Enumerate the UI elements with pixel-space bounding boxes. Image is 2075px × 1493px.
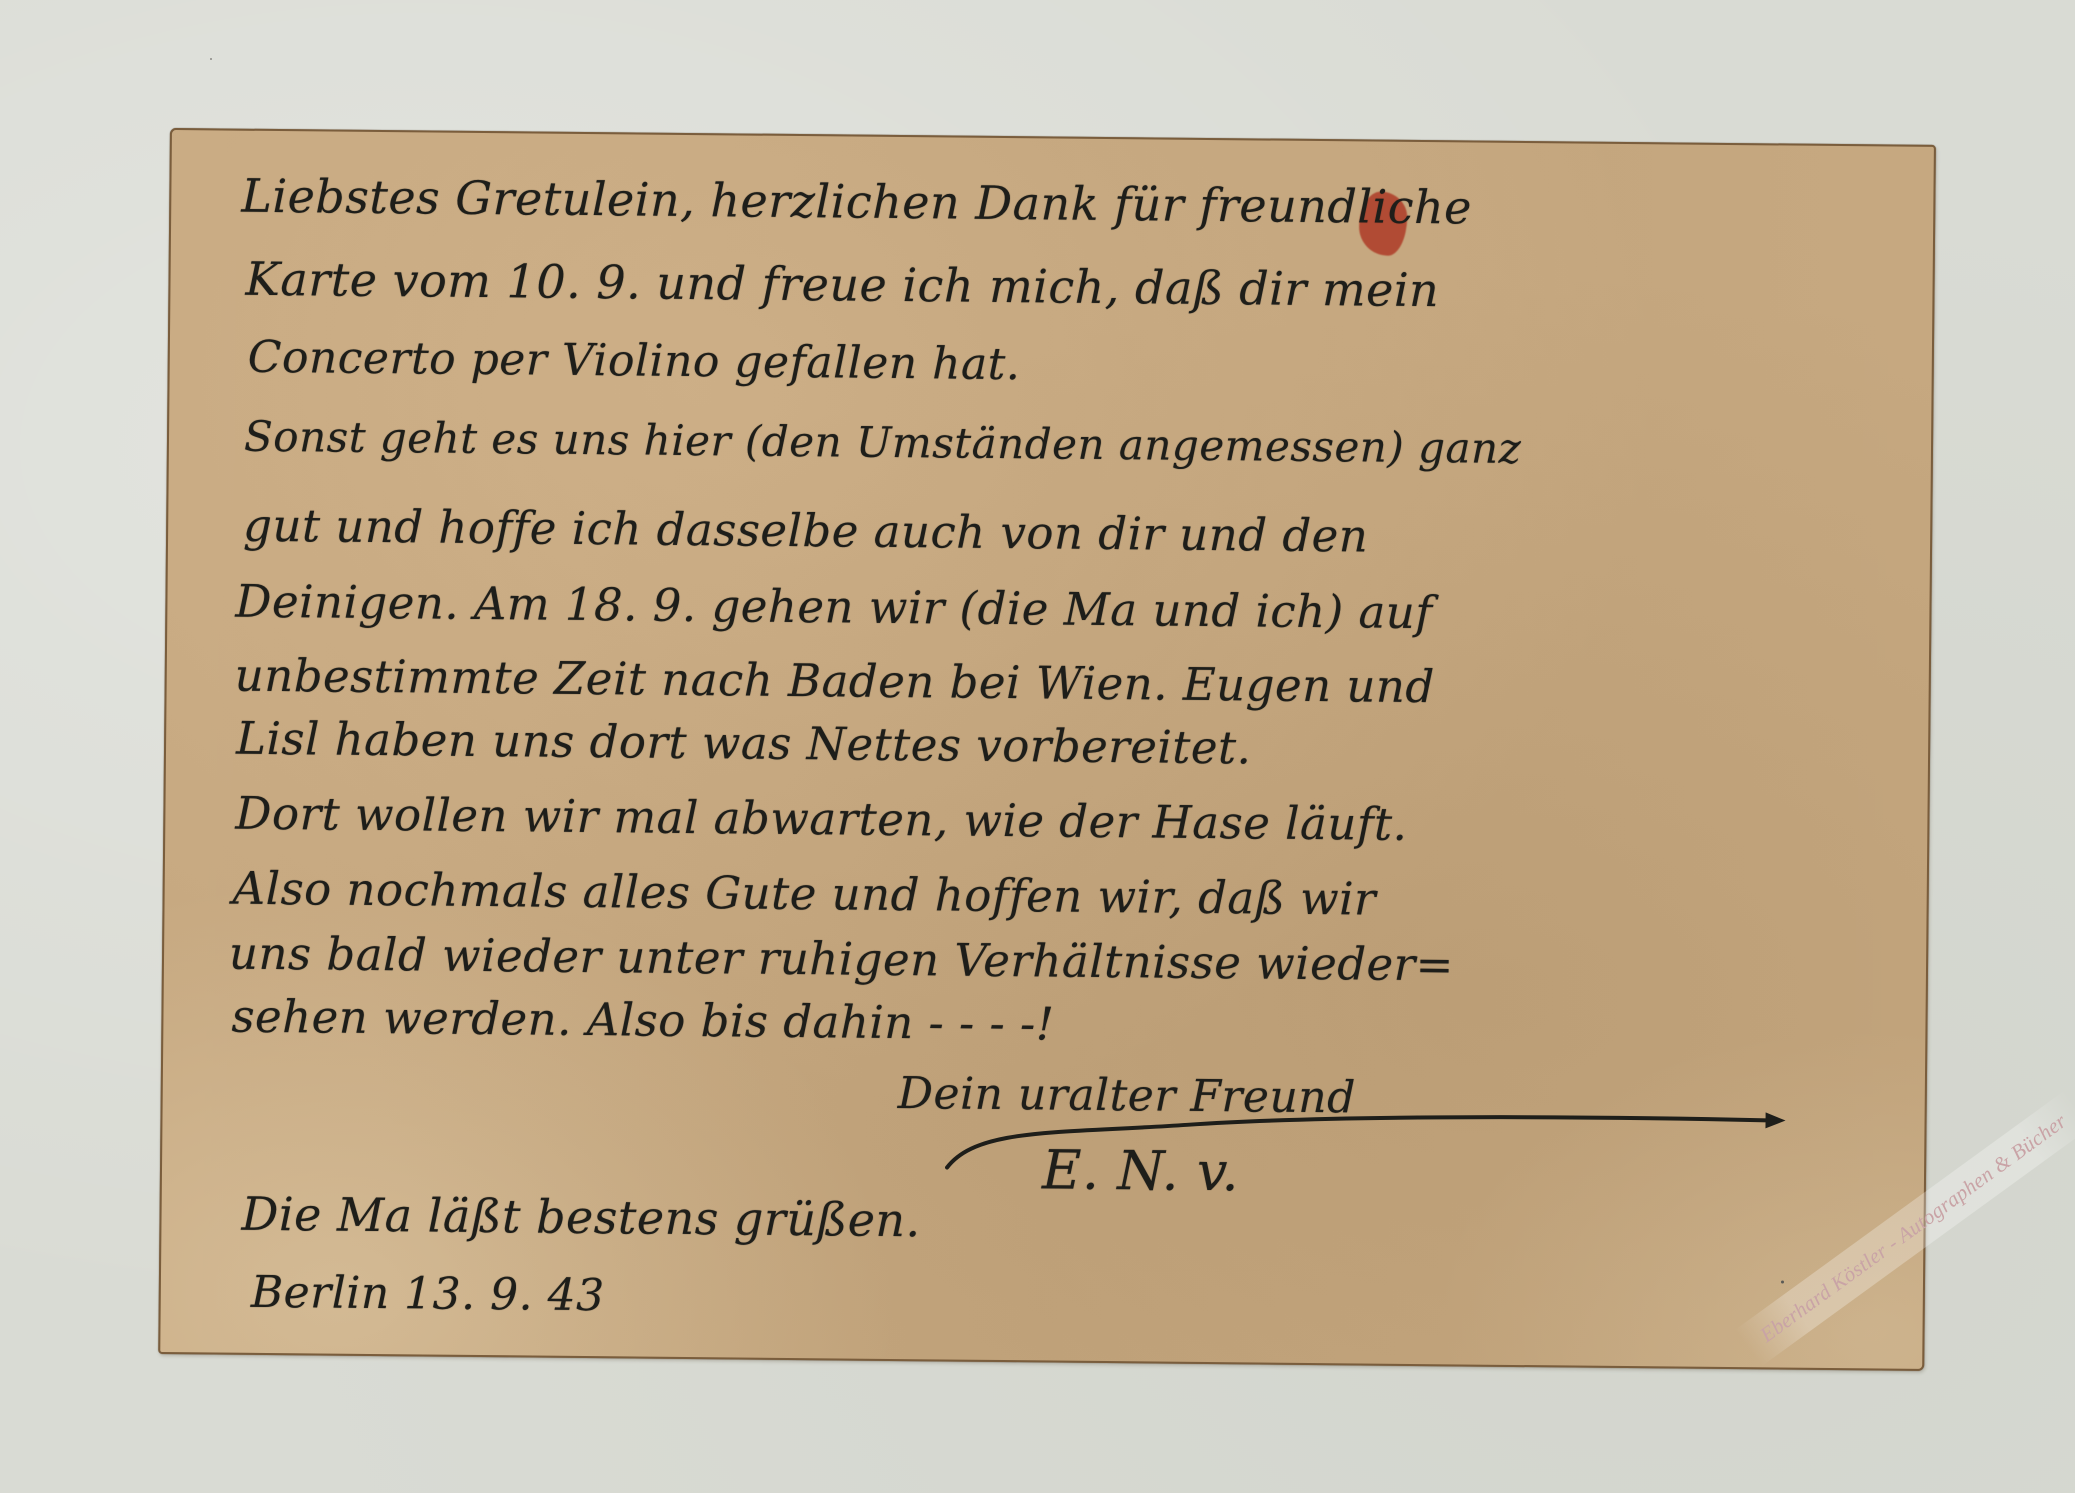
letter-line-2: Karte vom 10. 9. und freue ich mich, daß…	[245, 256, 1439, 313]
letter-line-10: Also nochmals alles Gute und hoffen wir,…	[232, 866, 1376, 922]
letter-line-9: Dort wollen wir mal abwarten, wie der Ha…	[235, 791, 1407, 847]
letter-line-4: Sonst geht es uns hier (den Umständen an…	[244, 416, 1522, 470]
letter-line-7: unbestimmte Zeit nach Baden bei Wien. Eu…	[235, 653, 1435, 710]
background-speck	[210, 58, 212, 60]
paper-speck	[1781, 1281, 1784, 1284]
postcard: Liebstes Gretulein, herzlichen Dank für …	[158, 128, 1936, 1371]
letter-line-6: Deinigen. Am 18. 9. gehen wir (die Ma un…	[235, 579, 1432, 635]
letter-line-11: uns bald wieder unter ruhigen Verhältnis…	[229, 931, 1454, 988]
postscript-line: Die Ma läßt bestens grüßen.	[241, 1191, 921, 1244]
signature: E. N. v.	[1042, 1143, 1240, 1199]
place-date-line: Berlin 13. 9. 43	[251, 1271, 605, 1318]
letter-line-8: Lisl haben uns dort was Nettes vorbereit…	[236, 716, 1252, 771]
letter-line-3: Concerto per Violino gefallen hat.	[248, 336, 1021, 387]
letter-line-1: Liebstes Gretulein, herzlichen Dank für …	[241, 173, 1472, 231]
letter-line-5: gut und hoffe ich dasselbe auch von dir …	[243, 503, 1369, 559]
letter-line-12: sehen werden. Also bis dahin - - - -!	[231, 994, 1054, 1047]
